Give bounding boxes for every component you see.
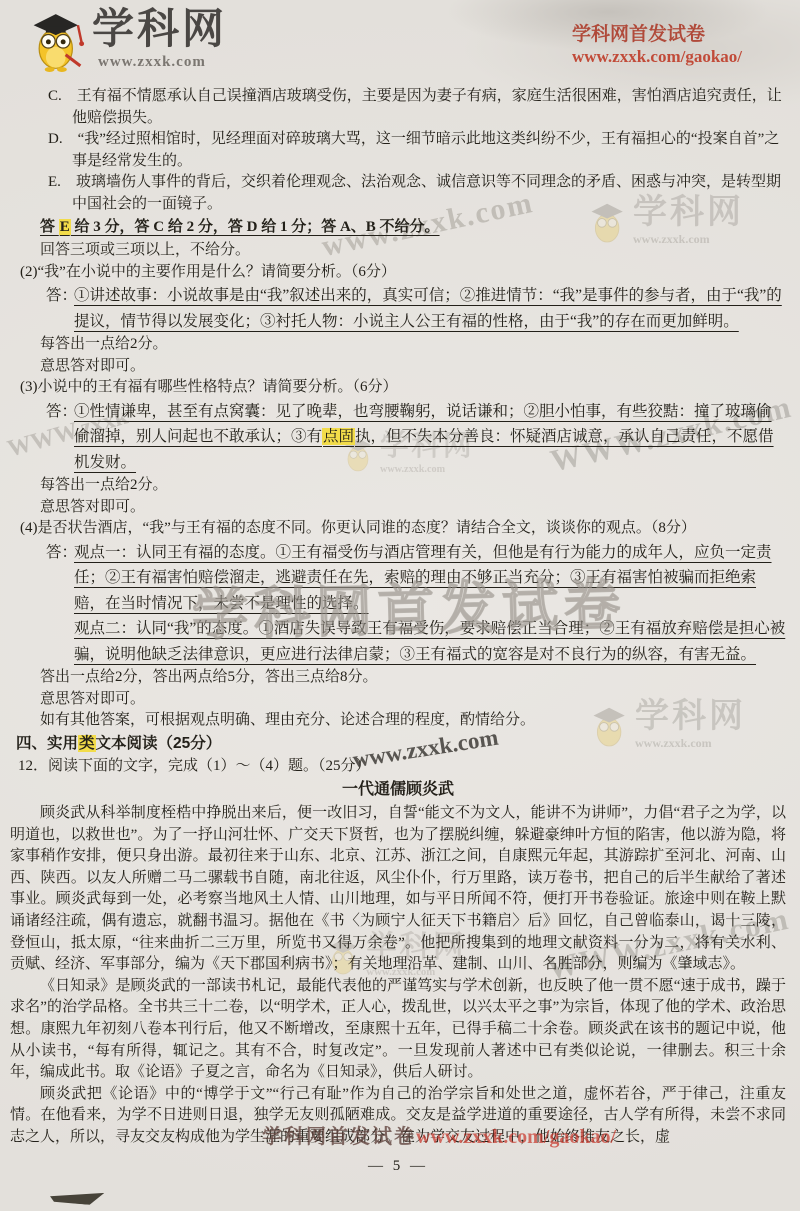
question-4-label: (4) — [20, 520, 38, 536]
answer-3-highlight: 点固 — [322, 428, 355, 445]
answer-3-note2: 意思答对即可。 — [40, 497, 786, 519]
question-12-label: 12． — [18, 758, 48, 774]
question-2: (2)“我”在小说中的主要作用是什么？请简要分析。（6分） — [10, 262, 786, 284]
question-4: (4)是否状告酒店，“我”与王有福的态度不同。你更认同谁的态度？请结合全文，谈谈… — [10, 518, 786, 540]
option-c-label: C. — [48, 88, 62, 104]
answer-4: 答： 观点一：认同王有福的态度。①王有福受伤与酒店管理有关，但他是有行为能力的成… — [10, 540, 786, 668]
question-12: 12．阅读下面的文字，完成（1）～（4）题。（25分） — [10, 755, 786, 778]
answer-4-label: 答： — [46, 540, 77, 566]
option-d-label: D. — [48, 131, 63, 147]
score-rule-post: 给 3 分，答 C 给 2 分，答 D 给 1 分；答 A、B 不给分。 — [71, 219, 440, 235]
option-c-text: 王有福不情愿承认自己误撞酒店玻璃受伤，主要是因为妻子有病，家庭生活很困难，害怕酒… — [72, 88, 782, 126]
section-4-pre: 四、实用 — [16, 735, 78, 752]
option-c: C. 王有福不情愿承认自己误撞酒店玻璃受伤，主要是因为妻子有病，家庭生活很困难，… — [10, 86, 786, 129]
issue-title: 学科网首发试卷 — [572, 24, 742, 47]
answer-2-label: 答： — [46, 283, 77, 309]
page-number: — 5 — — [10, 1156, 786, 1178]
answer-4-note3: 如有其他答案，可根据观点明确、理由充分、论述合理的程度，酌情给分。 — [40, 710, 786, 732]
question-2-text: “我”在小说中的主要作用是什么？请简要分析。（6分） — [38, 264, 396, 280]
score-rule: 答 E 给 3 分，答 C 给 2 分，答 D 给 1 分；答 A、B 不给分。 — [40, 215, 786, 240]
essay-title: 一代通儒顾炎武 — [10, 777, 786, 803]
page-header: 学科网 www.zxxk.com 学科网首发试卷 www.zxxk.com/ga… — [0, 0, 800, 80]
answer-4-view1: 观点一：认同王有福的态度。①王有福受伤与酒店管理有关，但他是有行为能力的成年人，… — [74, 540, 786, 617]
exam-content: C. 王有福不情愿承认自己误撞酒店玻璃受伤，主要是因为妻子有病，家庭生活很困难，… — [0, 80, 800, 1177]
answer-4-view2: 观点二：认同“我”的态度。①酒店失误导致王有福受伤，要求赔偿正当合理；②王有福放… — [74, 616, 786, 667]
answer-2-note1: 每答出一点给2分。 — [40, 334, 786, 356]
essay-paragraph-2: 《日知录》是顾炎武的一部读书札记，最能代表他的严谨笃实与学术创新，也反映了他一贯… — [10, 976, 786, 1084]
score-rule-note: 回答三项或三项以上，不给分。 — [40, 240, 786, 262]
answer-4-note1: 答出一点给2分，答出两点给5分，答出三点给8分。 — [40, 667, 786, 689]
option-d-text: “我”经过照相馆时，见经理面对碎玻璃大骂，这一细节暗示此地这类纠纷不少，王有福担… — [72, 131, 779, 169]
zxxk-logo: 学科网 www.zxxk.com — [28, 8, 227, 72]
option-d: D. “我”经过照相馆时，见经理面对碎玻璃大骂，这一细节暗示此地这类纠纷不少，王… — [10, 129, 786, 172]
score-rule-highlight: E — [59, 219, 71, 235]
brand-url: www.zxxk.com — [98, 54, 227, 71]
question-2-label: (2) — [20, 264, 38, 280]
question-3: (3)小说中的王有福有哪些性格特点？请简要分析。（6分） — [10, 377, 786, 399]
brand-name: 学科网 — [92, 9, 227, 51]
essay-paragraph-3: 顾炎武把《论语》中的“博学于文”“行己有耻”作为自己的治学宗旨和处世之道，虚怀若… — [10, 1084, 786, 1149]
question-3-text: 小说中的王有福有哪些性格特点？请简要分析。（6分） — [38, 379, 398, 395]
issue-stamp: 学科网首发试卷 www.zxxk.com/gaokao/ — [572, 24, 742, 67]
question-4-text: 是否状告酒店，“我”与王有福的态度不同。你更认同谁的态度？请结合全文，谈谈你的观… — [38, 520, 696, 536]
answer-2-note2: 意思答对即可。 — [40, 356, 786, 378]
scan-artifact-wedge — [50, 1189, 105, 1206]
section-4-post: 文本阅读（25分） — [96, 735, 222, 752]
scanned-exam-page: 学科网 www.zxxk.com 学科网首发试卷 www.zxxk.com/ga… — [0, 0, 800, 1211]
answer-3-text: ①性情谦卑，甚至有点窝囊：见了晚辈，也弯腰鞠躬，说话谦和；②胆小怕事，有些狡黠：… — [74, 403, 774, 471]
question-12-text: 阅读下面的文字，完成（1）～（4）题。（25分） — [48, 758, 371, 774]
option-e: E. 玻璃墙伤人事件的背后，交织着伦理观念、法治观念、诚信意识等不同理念的矛盾、… — [10, 172, 786, 215]
answer-2-text: ①讲述故事：小说故事是由“我”叙述出来的，真实可信；②推进情节：“我”是事件的参… — [74, 287, 782, 330]
answer-3-note1: 每答出一点给2分。 — [40, 475, 786, 497]
section-4-highlight: 类 — [78, 735, 96, 752]
answer-4-note2: 意思答对即可。 — [40, 689, 786, 711]
essay-paragraph-1: 顾炎武从科举制度桎梏中挣脱出来后，便一改旧习，自誓“能文不为文人，能讲不为讲师”… — [10, 803, 786, 976]
section-4-heading: 四、实用类文本阅读（25分） — [10, 732, 786, 755]
option-e-label: E. — [48, 174, 61, 190]
answer-3-label: 答： — [46, 399, 77, 425]
zxxk-mascot-icon — [28, 8, 86, 72]
issue-url: www.zxxk.com/gaokao/ — [572, 47, 742, 67]
option-e-text: 玻璃墙伤人事件的背后，交织着伦理观念、法治观念、诚信意识等不同理念的矛盾、困惑与… — [72, 174, 781, 212]
answer-3: 答： ①性情谦卑，甚至有点窝囊：见了晚辈，也弯腰鞠躬，说话谦和；②胆小怕事，有些… — [10, 399, 786, 476]
answer-2: 答： ①讲述故事：小说故事是由“我”叙述出来的，真实可信；②推进情节：“我”是事… — [10, 283, 786, 334]
question-3-label: (3) — [20, 379, 38, 395]
score-rule-pre: 答 — [40, 219, 59, 235]
